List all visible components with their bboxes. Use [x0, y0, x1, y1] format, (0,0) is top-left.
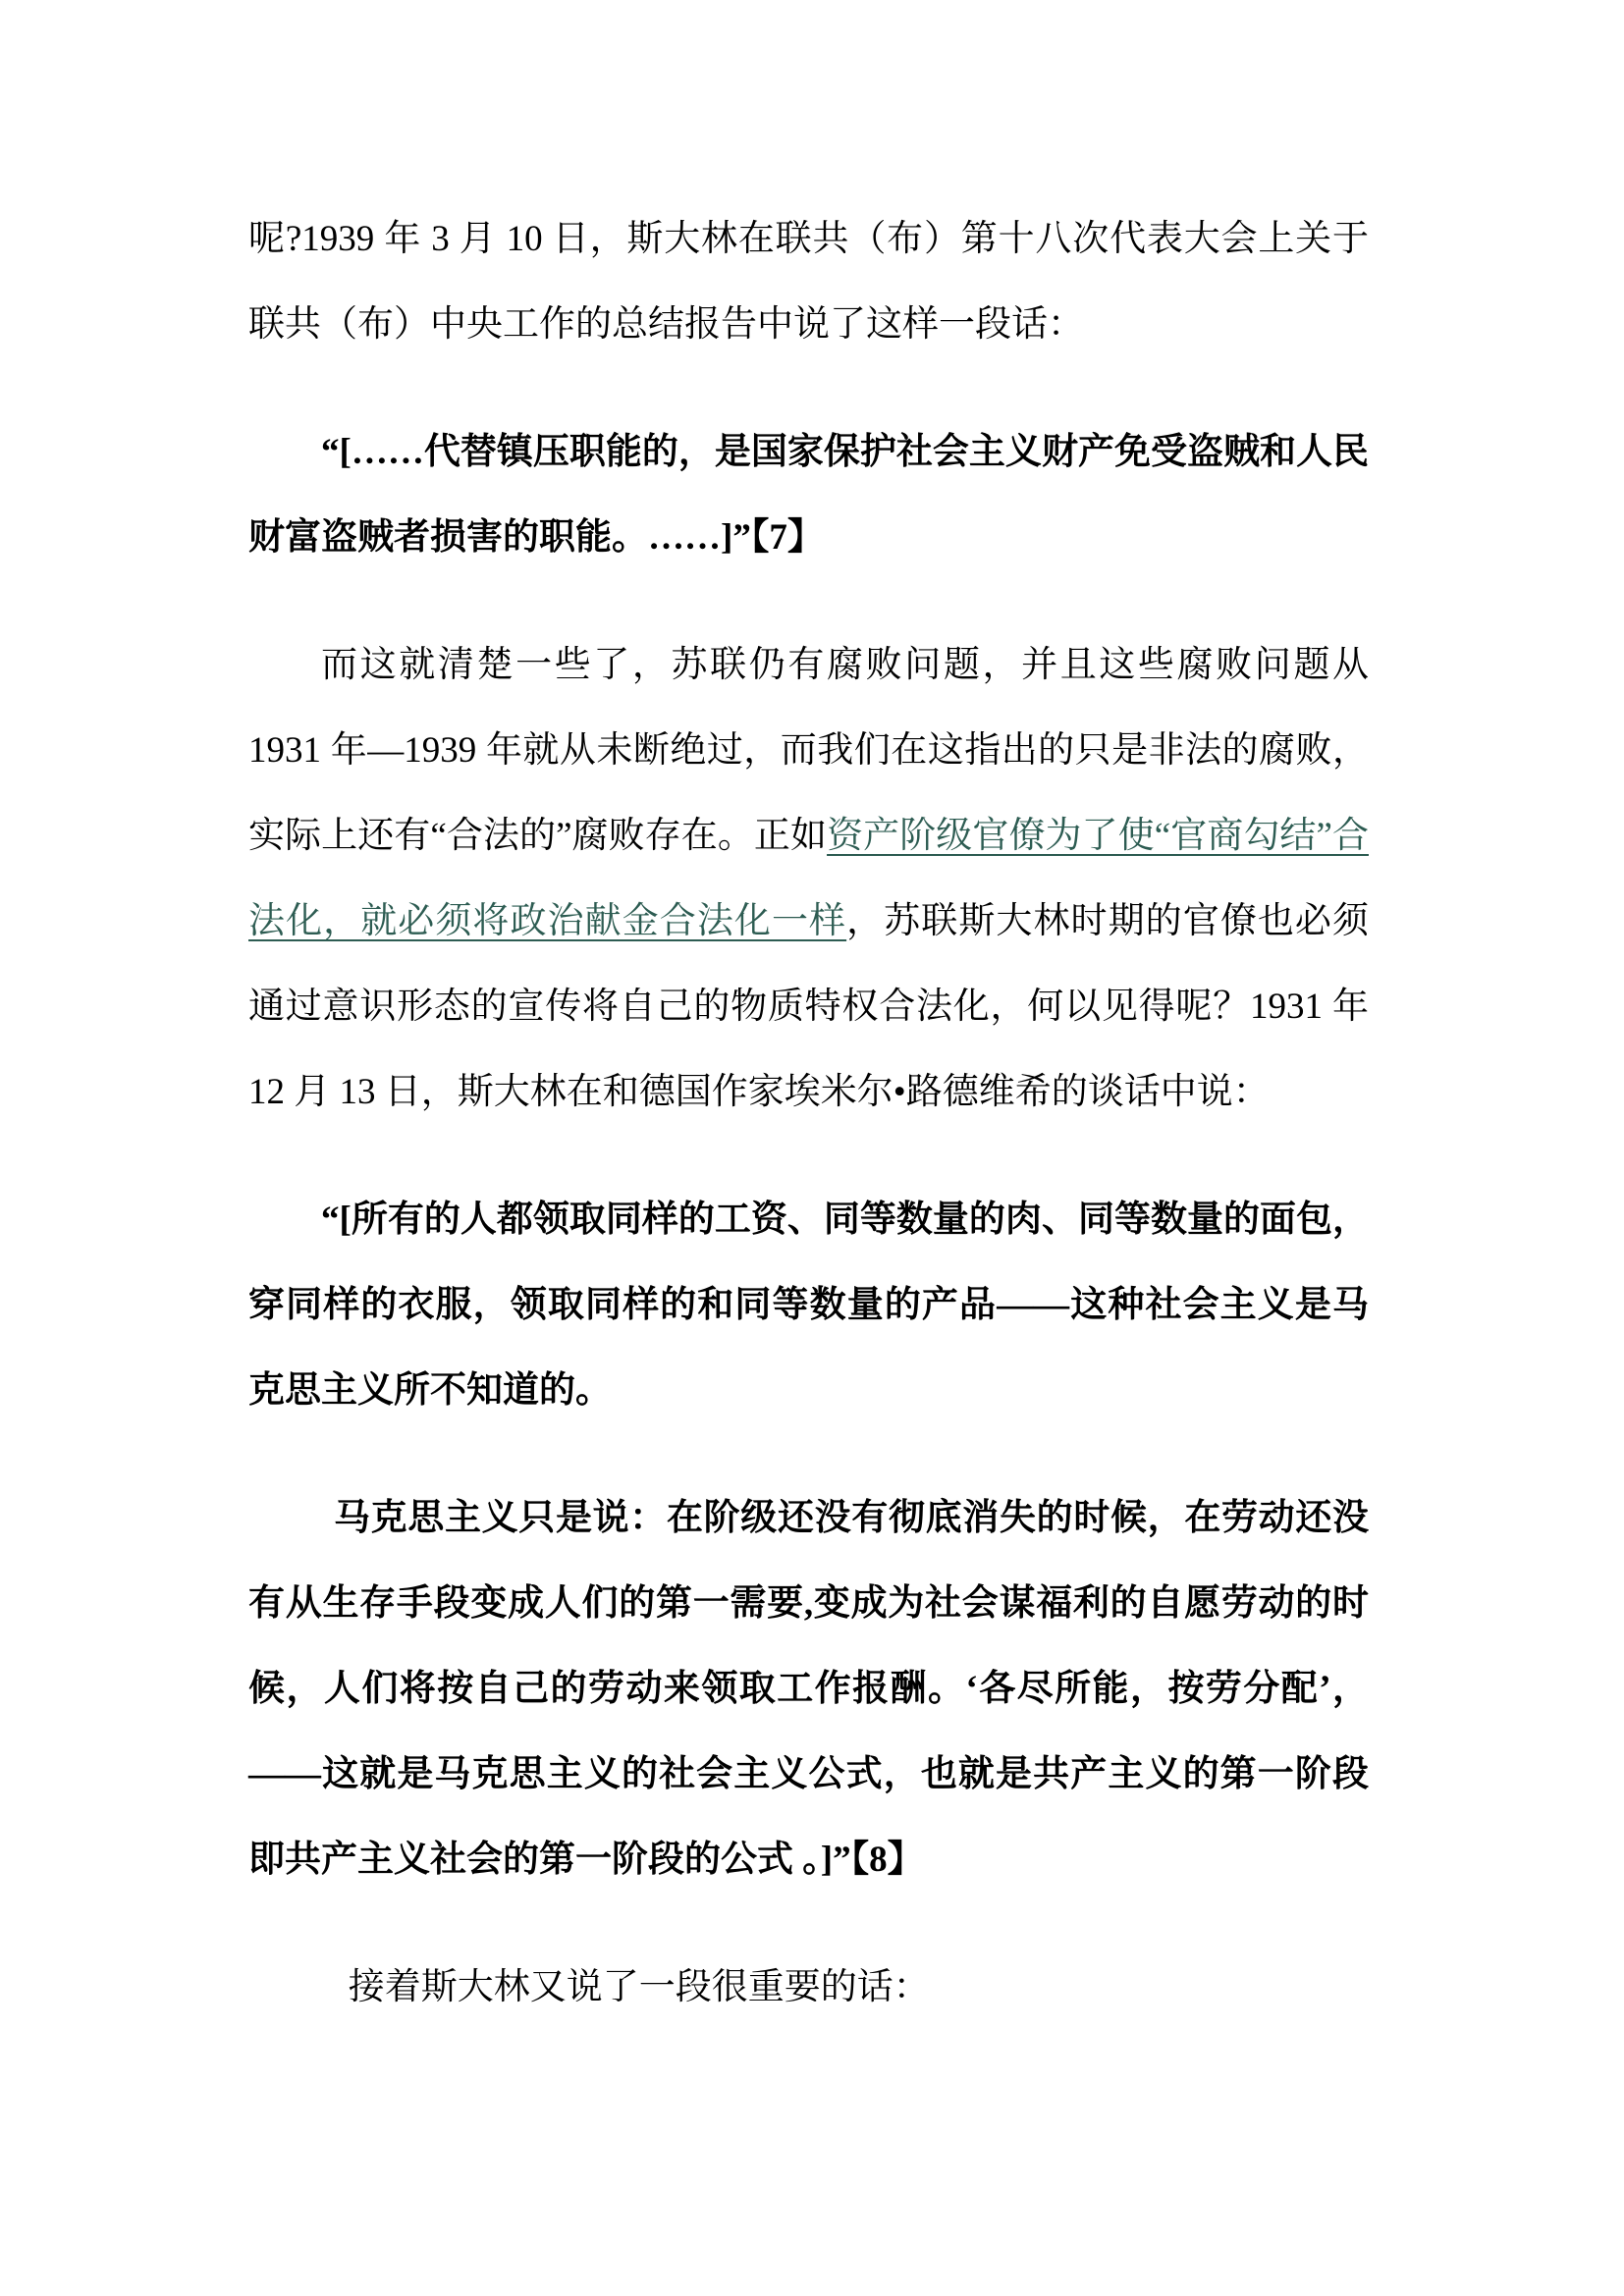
- paragraph-quote-8-part2: 马克思主义只是说：在阶级还没有彻底消失的时候，在劳动还没有从生存手段变成人们的第…: [248, 1475, 1369, 1902]
- paragraph-quote-8-part1: “[所有的人都领取同样的工资、同等数量的肉、同等数量的面包，穿同样的衣服，领取同…: [248, 1177, 1369, 1433]
- quote-text: “[……代替镇压职能的，是国家保护社会主义财产免受盗贼和人民财富盗贼者损害的职能…: [248, 432, 1369, 558]
- quote-text: “[所有的人都领取同样的工资、同等数量的肉、同等数量的面包，穿同样的衣服，领取同…: [248, 1200, 1369, 1411]
- quote-text: 马克思主义只是说：在阶级还没有彻底消失的时候，在劳动还没有从生存手段变成人们的第…: [248, 1498, 1369, 1880]
- paragraph-closing: 接着斯大林又说了一段很重要的话：: [248, 1945, 1369, 2030]
- paragraph-intro: 呢?1939 年 3 月 10 日，斯大林在联共（布）第十八次代表大会上关于联共…: [248, 196, 1369, 367]
- paragraph-text: 呢?1939 年 3 月 10 日，斯大林在联共（布）第十八次代表大会上关于联共…: [248, 219, 1369, 345]
- paragraph-analysis: 而这就清楚一些了，苏联仍有腐败问题，并且这些腐败问题从 1931 年—1939 …: [248, 622, 1369, 1135]
- paragraph-quote-7: “[……代替镇压职能的，是国家保护社会主义财产免受盗贼和人民财富盗贼者损害的职能…: [248, 409, 1369, 580]
- document-page: 呢?1939 年 3 月 10 日，斯大林在联共（布）第十八次代表大会上关于联共…: [0, 0, 1624, 2296]
- paragraph-text: 接着斯大林又说了一段很重要的话：: [349, 1967, 930, 2007]
